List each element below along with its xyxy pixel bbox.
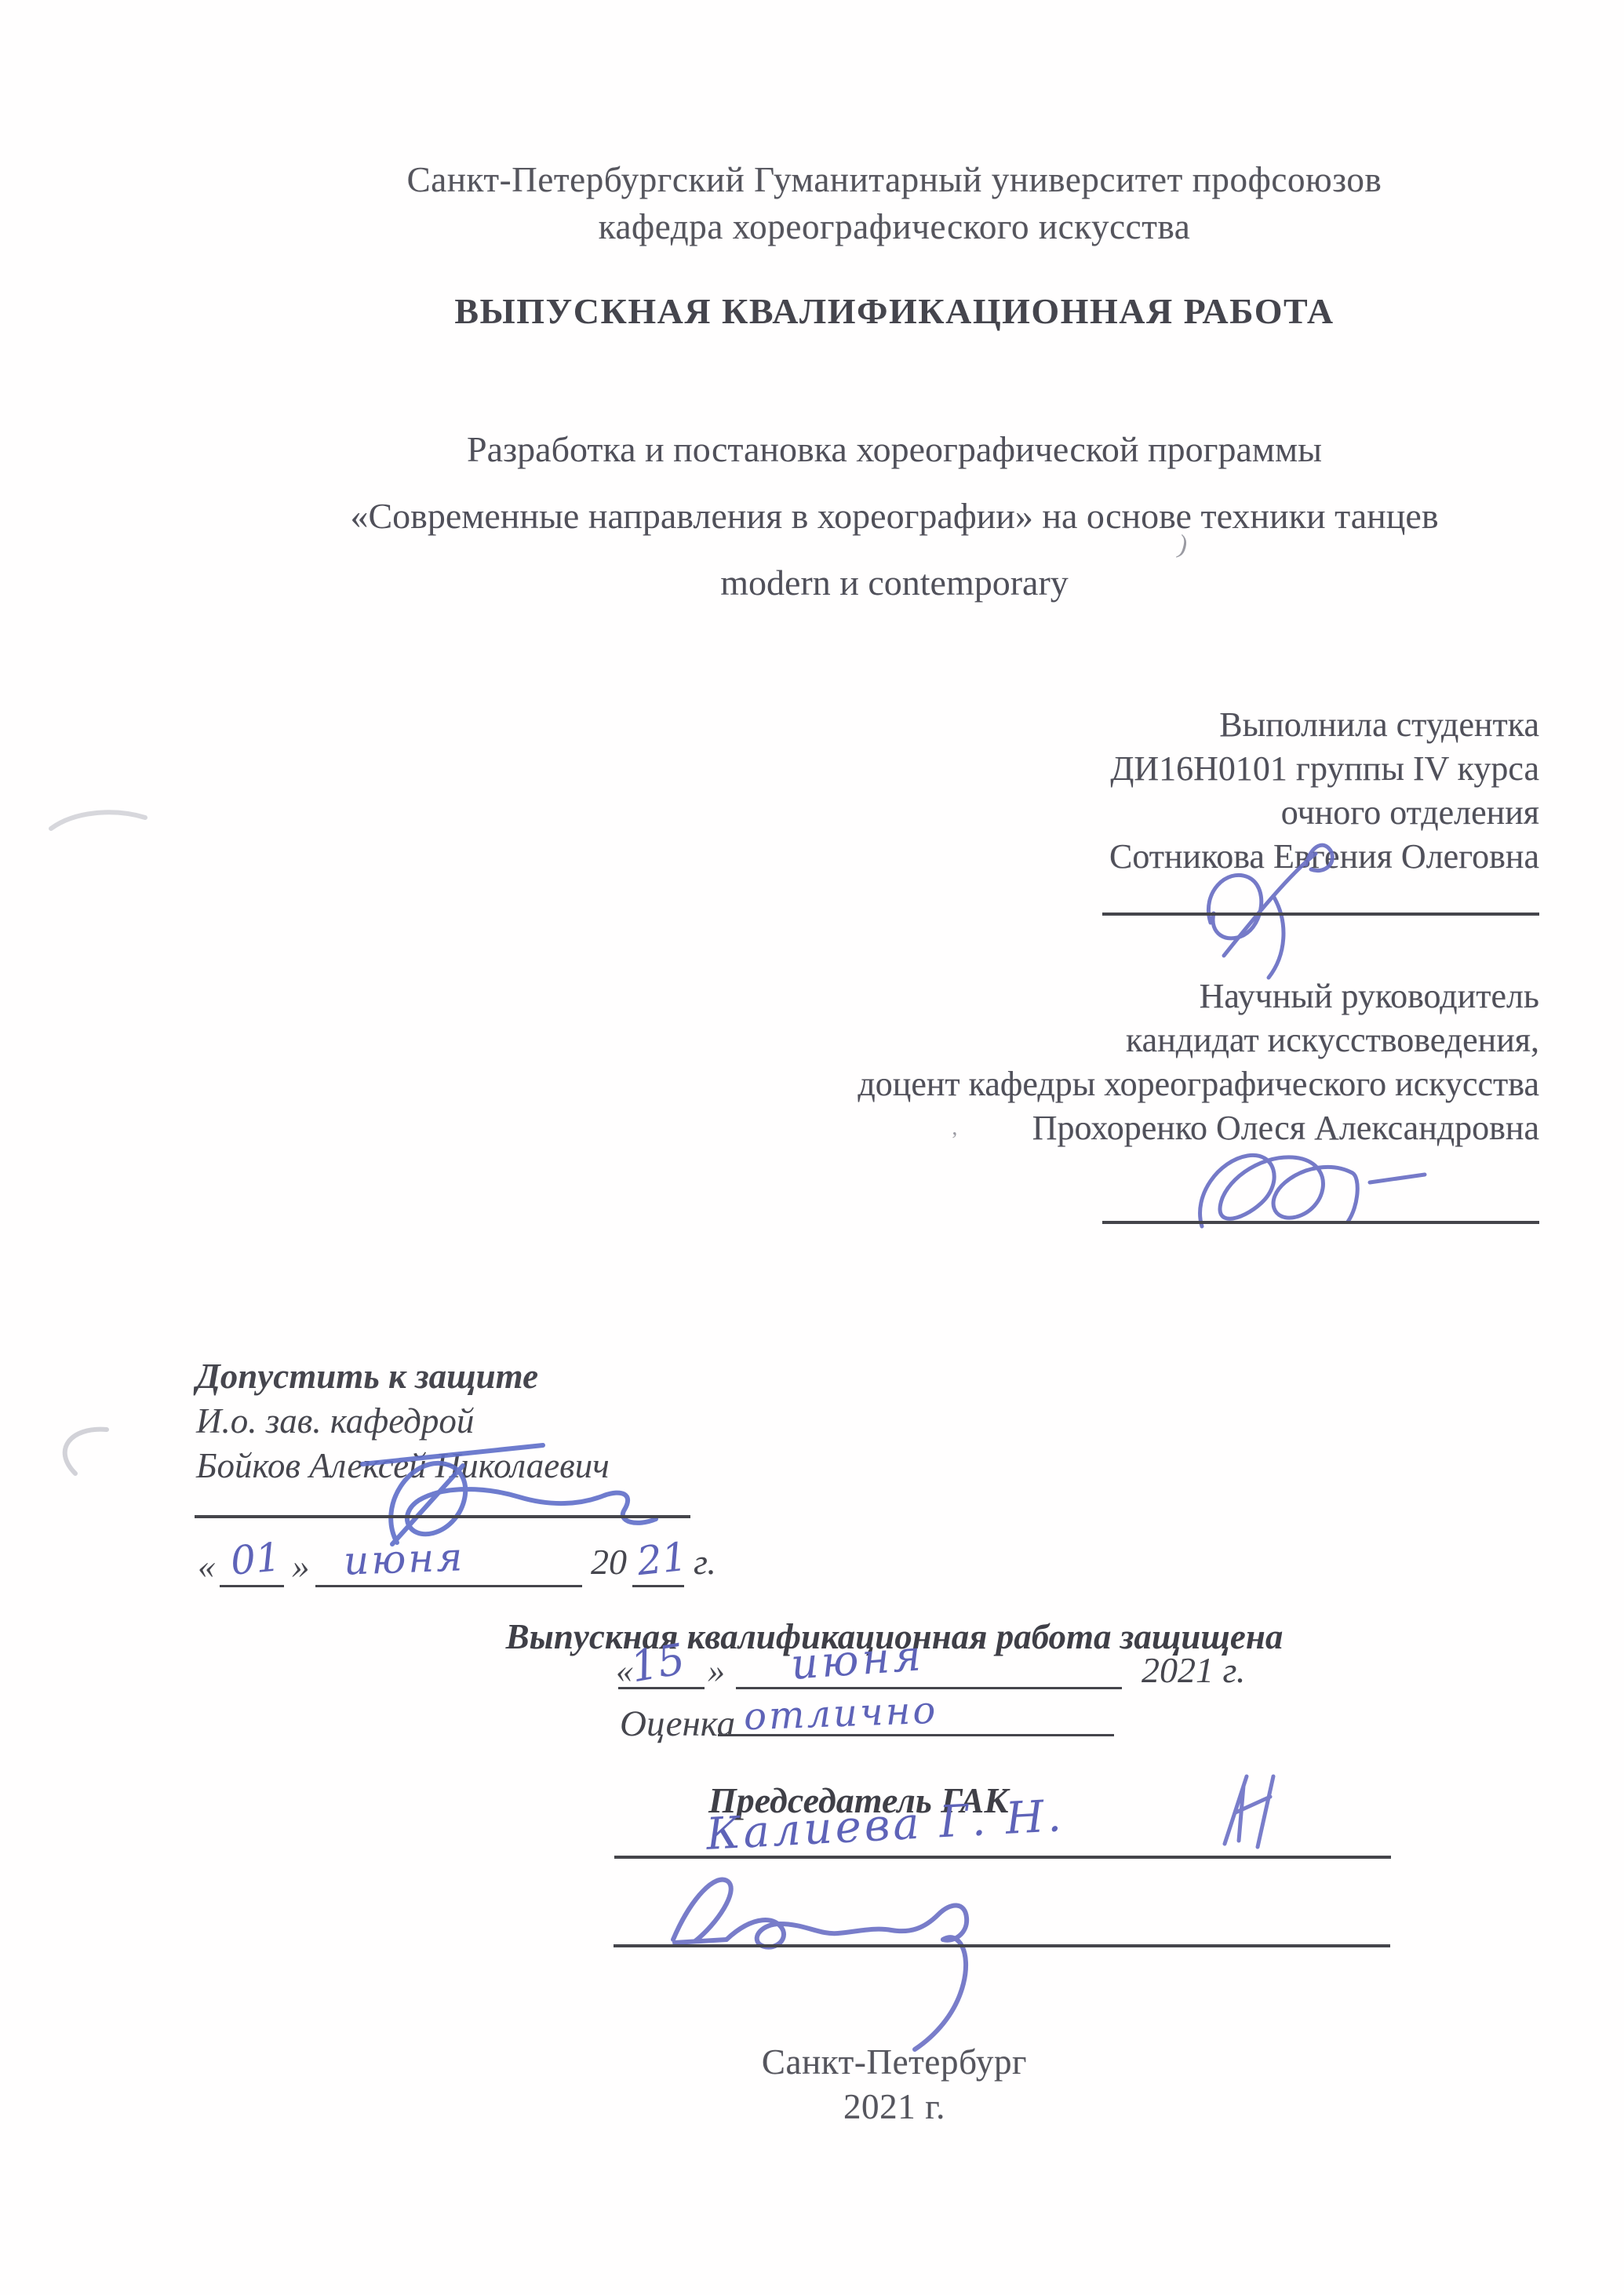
- footer-year: 2021 г.: [133, 2086, 1624, 2127]
- supervisor-signature-line: [1102, 1221, 1539, 1224]
- admission-date-month-handwritten: июня: [343, 1534, 465, 1583]
- student-signature: [1181, 830, 1377, 979]
- student-department-mode: очного отделения: [1109, 791, 1539, 835]
- committee-signature-line-2: [614, 1944, 1390, 1947]
- document-page: Санкт-Петербургский Гуманитарный универс…: [0, 0, 1624, 2295]
- student-group: ДИ16Н0101 группы IV курса: [1109, 747, 1539, 791]
- department-name: кафедра хореографического искусства: [133, 206, 1624, 247]
- university-name: Санкт-Петербургский Гуманитарный универс…: [133, 159, 1624, 200]
- thesis-title-line-3: modern и contemporary: [133, 562, 1624, 603]
- footer-city: Санкт-Петербург: [133, 2042, 1624, 2082]
- supervisor-role: Научный руководитель: [858, 974, 1539, 1018]
- admission-year-suffix-handwritten: 21: [635, 1534, 689, 1584]
- admission-year-prefix: 20: [591, 1541, 627, 1583]
- student-role: Выполнила студентка: [1109, 703, 1539, 747]
- defense-date-close-quote: »: [708, 1651, 725, 1691]
- supervisor-position: доцент кафедры хореографического искусст…: [858, 1062, 1539, 1106]
- student-signature-line: [1102, 913, 1539, 916]
- supervisor-signature: [1185, 1134, 1444, 1259]
- admission-heading: Допустить к защите: [196, 1354, 610, 1399]
- admission-year-underline: [632, 1585, 684, 1587]
- committee-chair-signature: [651, 1858, 1059, 2054]
- thesis-title-line-1: Разработка и постановка хореографической…: [133, 428, 1624, 470]
- grade-label: Оценка: [620, 1703, 735, 1745]
- defense-day-underline: [618, 1687, 705, 1689]
- admission-date-day-handwritten: 01: [229, 1534, 282, 1583]
- defense-date-day-handwritten: 15: [627, 1634, 689, 1692]
- admission-day-underline: [220, 1585, 284, 1587]
- thesis-title-line-2: «Современные направления в хореографии» …: [133, 495, 1624, 537]
- scan-artifact-curve: [43, 800, 153, 840]
- scan-speck: ’: [951, 1128, 958, 1153]
- defense-date-month-handwritten: июня: [789, 1630, 926, 1689]
- supervisor-degree: кандидат искусствоведения,: [858, 1018, 1539, 1062]
- admission-date-close-quote: »: [292, 1546, 310, 1586]
- scan-artifact-curve: [38, 1419, 124, 1481]
- defense-date-year: 2021 г.: [1142, 1649, 1245, 1691]
- committee-chair-initial-flourish: [1212, 1765, 1298, 1856]
- admission-date-open-quote: «: [198, 1546, 216, 1586]
- supervisor-block: Научный руководитель кандидат искусствов…: [858, 974, 1539, 1150]
- admission-month-underline: [315, 1585, 582, 1587]
- work-type-heading: ВЫПУСКНАЯ КВАЛИФИКАЦИОННАЯ РАБОТА: [133, 290, 1624, 332]
- admission-signature-line: [195, 1515, 690, 1518]
- admission-year-label: г.: [694, 1541, 716, 1583]
- grade-value-handwritten: отлично: [743, 1688, 938, 1739]
